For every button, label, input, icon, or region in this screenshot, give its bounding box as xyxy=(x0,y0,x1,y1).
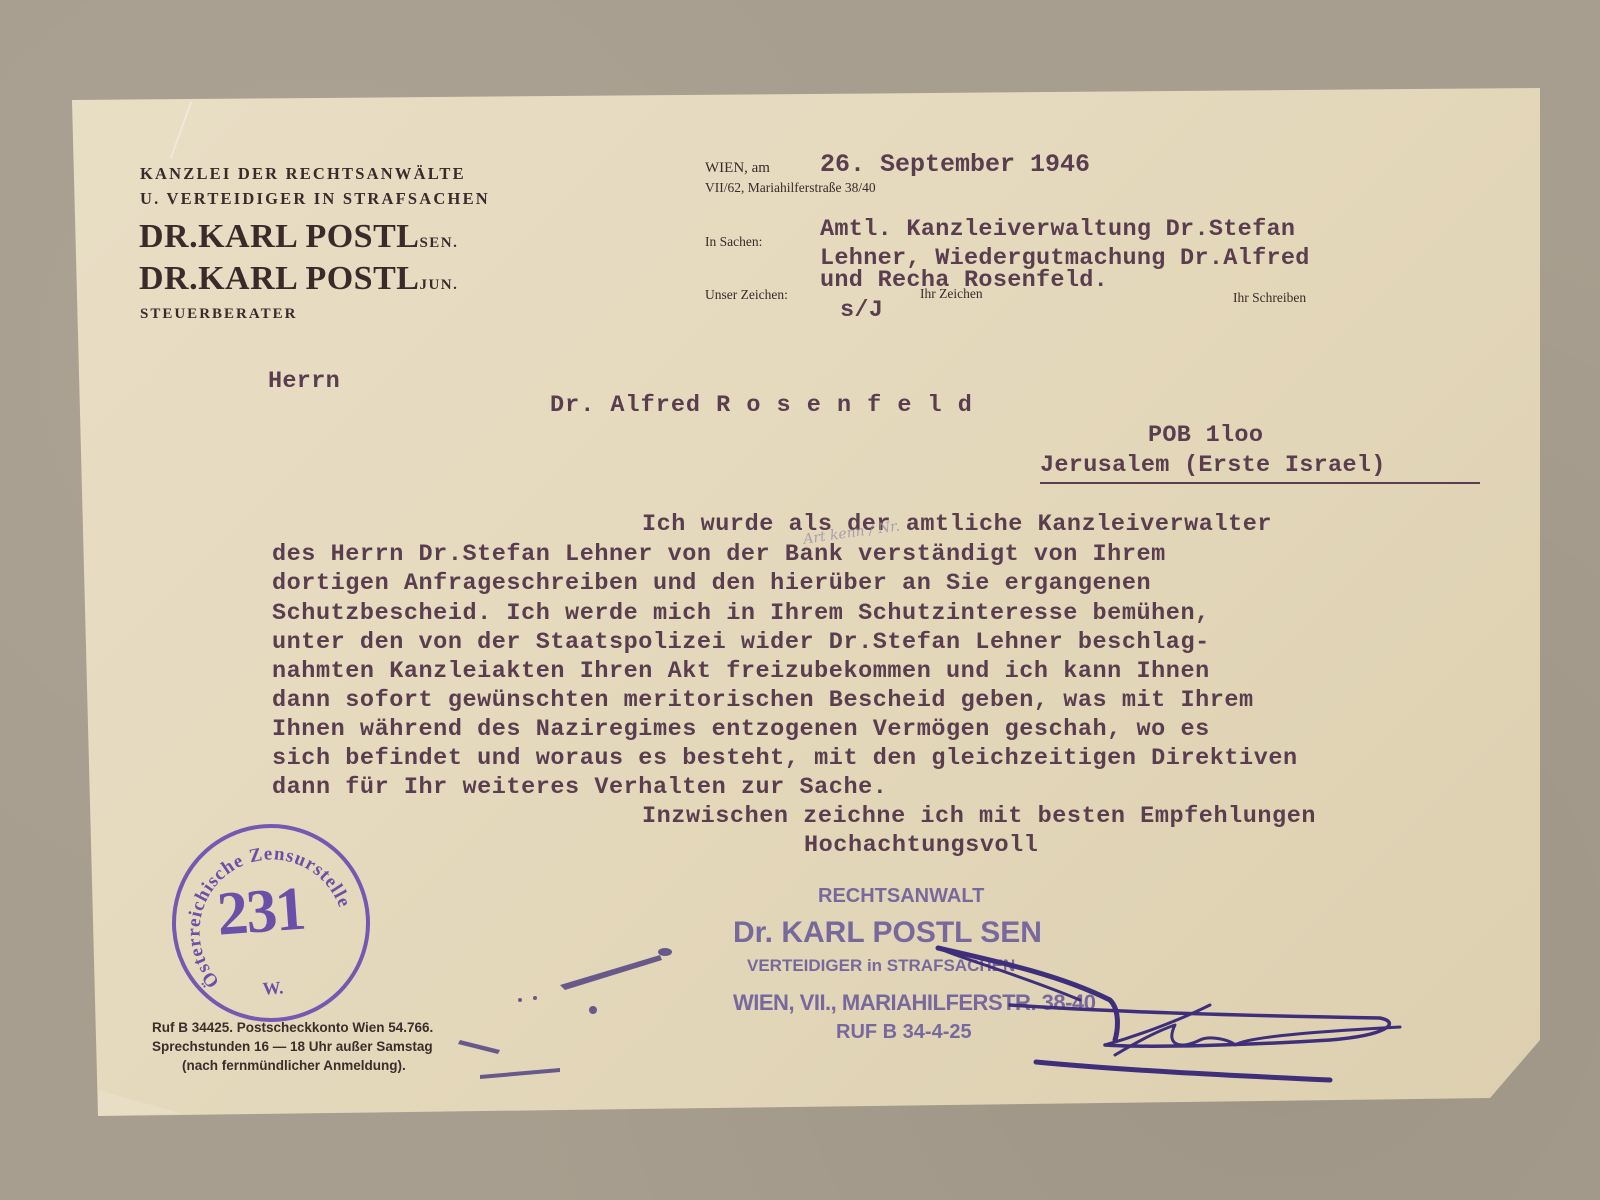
ink-smudges xyxy=(458,948,672,1079)
signature xyxy=(0,0,1600,1200)
